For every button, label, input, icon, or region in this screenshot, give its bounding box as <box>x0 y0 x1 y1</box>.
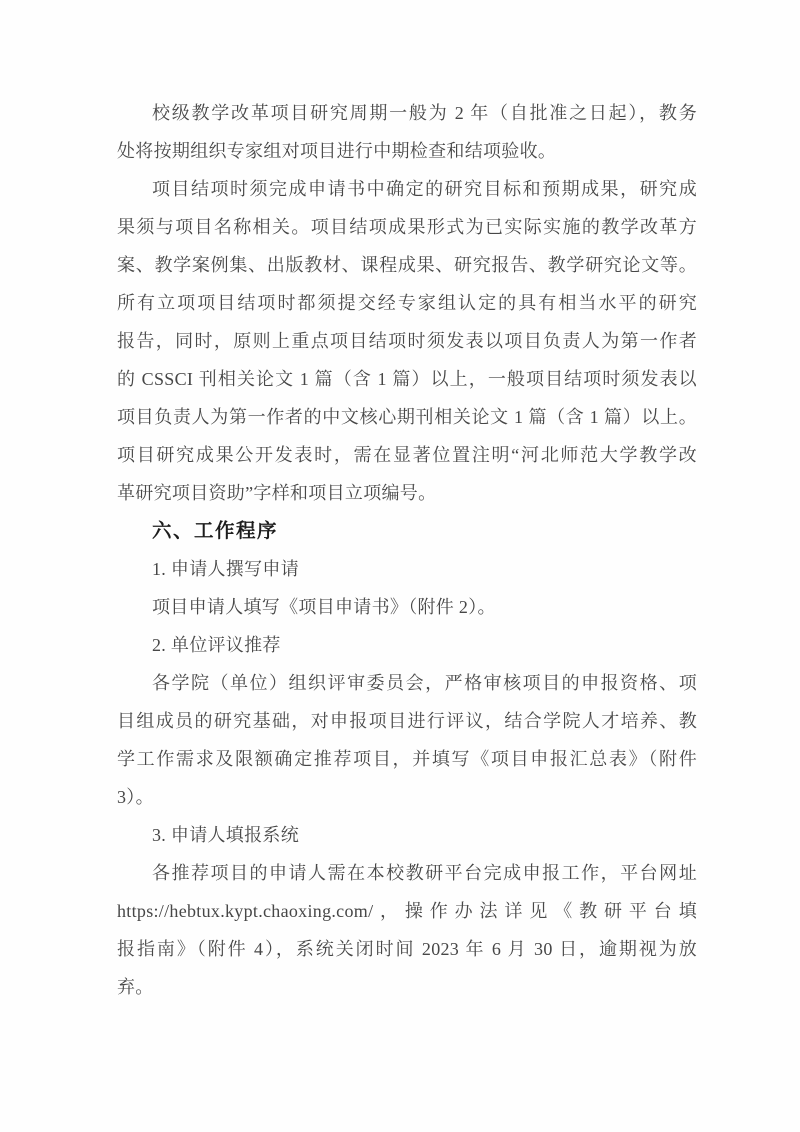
text-line: 处将按期组织专家组对项目进行中期检查和结项验收。 <box>117 132 697 170</box>
text-line: 目组成员的研究基础，对申报项目进行评议，结合学院人才培养、教 <box>117 702 697 740</box>
text-line: 项目结项时须完成申请书中确定的研究目标和预期成果，研究成 <box>117 170 697 208</box>
list-item-step3: 3. 申请人填报系统 <box>117 816 697 854</box>
text-line: 各学院（单位）组织评审委员会，严格审核项目的申报资格、项 <box>117 664 697 702</box>
text-line: 报告，同时，原则上重点项目结项时须发表以项目负责人为第一作者 <box>117 322 697 360</box>
text-line: 校级教学改革项目研究周期一般为 2 年（自批准之日起），教务 <box>117 94 697 132</box>
text-line: 果须与项目名称相关。项目结项成果形式为已实际实施的教学改革方 <box>117 208 697 246</box>
text-line: 所有立项项目结项时都须提交经专家组认定的具有相当水平的研究 <box>117 284 697 322</box>
text-line: 革研究项目资助”字样和项目立项编号。 <box>117 474 697 512</box>
section-heading: 六、工作程序 <box>117 512 697 550</box>
text-line: 项目负责人为第一作者的中文核心期刊相关论文 1 篇（含 1 篇）以上。 <box>117 398 697 436</box>
text-line: 的 CSSCI 刊相关论文 1 篇（含 1 篇）以上，一般项目结项时须发表以 <box>117 360 697 398</box>
text-line: 项目研究成果公开发表时，需在显著位置注明“河北师范大学教学改 <box>117 436 697 474</box>
document-page: 校级教学改革项目研究周期一般为 2 年（自批准之日起），教务 处将按期组织专家组… <box>0 0 800 1132</box>
text-line: 3）。 <box>117 778 697 816</box>
text-line: 各推荐项目的申请人需在本校教研平台完成申报工作，平台网址 <box>117 854 697 892</box>
text-line: 报指南》（附件 4），系统关闭时间 2023 年 6 月 30 日，逾期视为放 <box>117 930 697 968</box>
text-line: 项目申请人填写《项目申请书》（附件 2）。 <box>117 588 697 626</box>
text-line-platform-url: https://hebtux.kypt.chaoxing.com/，操作办法详见… <box>117 892 697 930</box>
text-line: 学工作需求及限额确定推荐项目，并填写《项目申报汇总表》（附件 <box>117 740 697 778</box>
list-item-step1: 1. 申请人撰写申请 <box>117 550 697 588</box>
list-item-step2: 2. 单位评议推荐 <box>117 626 697 664</box>
text-line: 弃。 <box>117 968 697 1006</box>
text-line: 案、教学案例集、出版教材、课程成果、研究报告、教学研究论文等。 <box>117 246 697 284</box>
document-body: 校级教学改革项目研究周期一般为 2 年（自批准之日起），教务 处将按期组织专家组… <box>117 94 697 1006</box>
